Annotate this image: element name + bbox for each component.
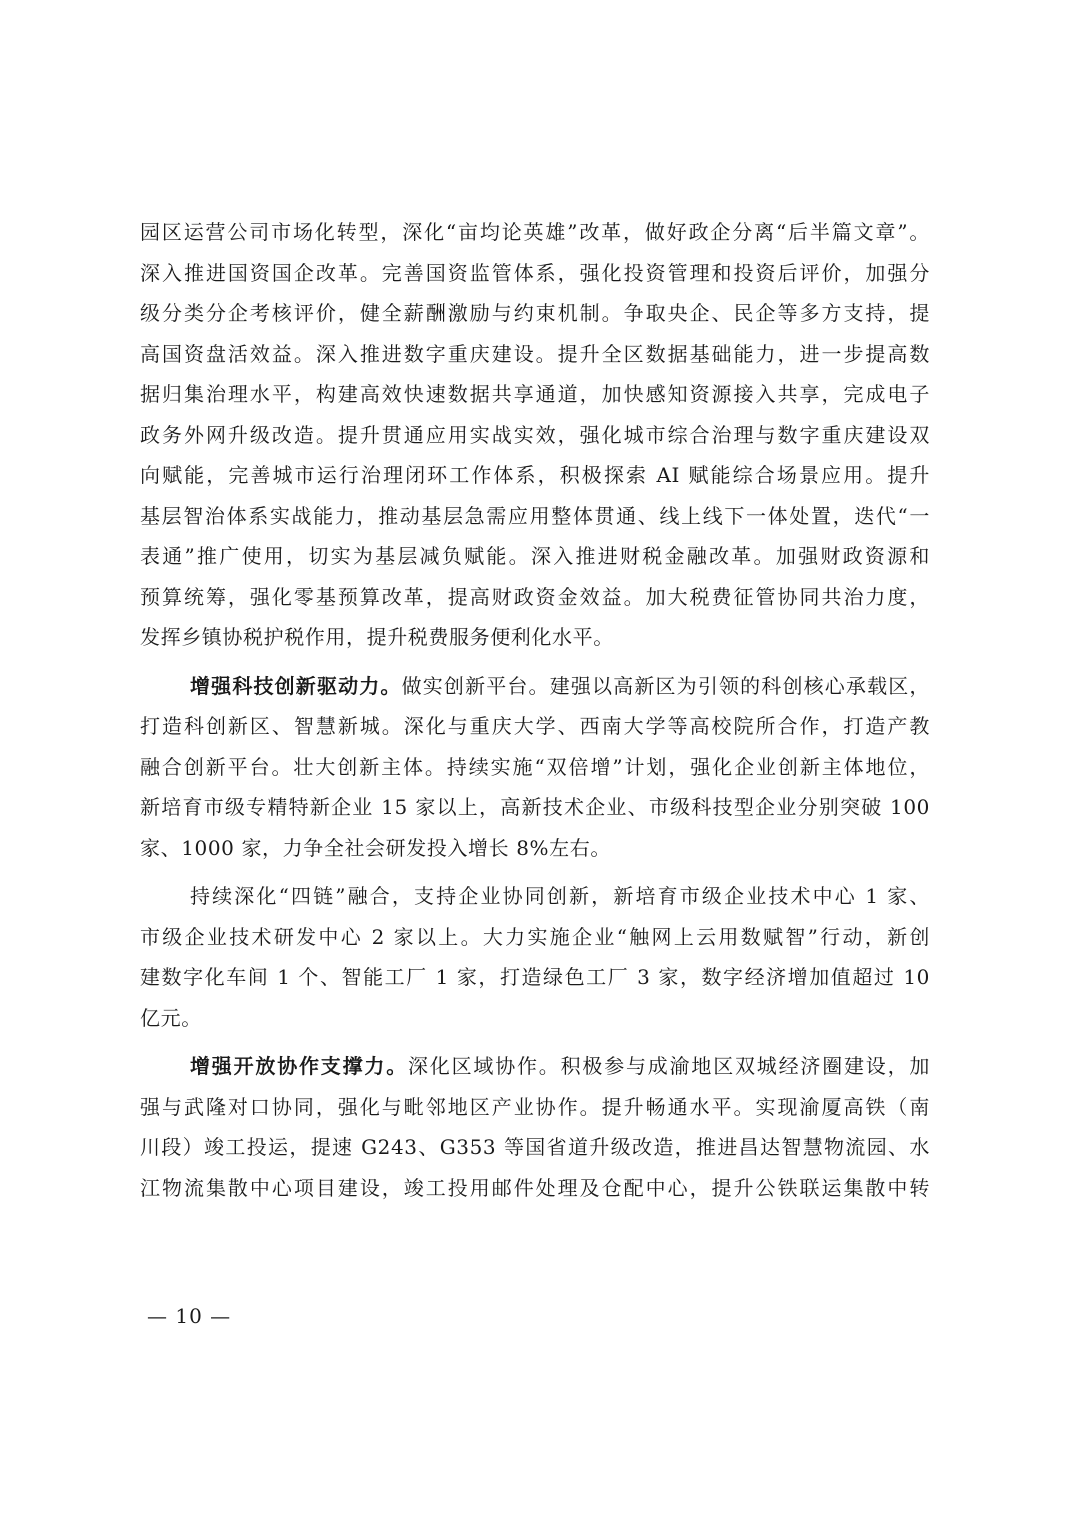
text-line: 基层智治体系实战能力，推动基层急需应用整体贯通、线上线下一体处置，迭代“一 xyxy=(140,496,930,537)
text-line: 深入推进国资国企改革。完善国资监管体系，强化投资管理和投资后评价，加强分 xyxy=(140,253,930,294)
text-line: 家、1000 家，力争全社会研发投入增长 8%左右。 xyxy=(140,828,930,869)
text-line: 向赋能，完善城市运行治理闭环工作体系，积极探索 AI 赋能综合场景应用。提升 xyxy=(140,455,930,496)
body-text: 园区运营公司市场化转型，深化“亩均论英雄”改革，做好政企分离“后半篇文章”。 深… xyxy=(140,212,930,1208)
text-line: 据归集治理水平，构建高效快速数据共享通道，加快感知资源接入共享，完成电子 xyxy=(140,374,930,415)
document-page: 园区运营公司市场化转型，深化“亩均论英雄”改革，做好政企分离“后半篇文章”。 深… xyxy=(0,0,1074,1520)
text-line: 表通”推广使用，切实为基层减负赋能。深入推进财税金融改革。加强财政资源和 xyxy=(140,536,930,577)
text-line: 市级企业技术研发中心 2 家以上。大力实施企业“触网上云用数赋智”行动，新创 xyxy=(140,917,930,958)
heading-followup-text: 做实创新平台。建强以高新区为引领的科创核心承载区， xyxy=(402,674,930,698)
section-heading: 增强科技创新驱动力。 xyxy=(190,674,402,698)
text-line: 川段）竣工投运，提速 G243、G353 等国省道升级改造，推进昌达智慧物流园、… xyxy=(140,1127,930,1168)
paragraph-four-chains: 持续深化“四链”融合，支持企业协同创新，新培育市级企业技术中心 1 家、 市级企… xyxy=(140,876,930,1038)
text-line: 亿元。 xyxy=(140,998,930,1039)
text-line: 增强科技创新驱动力。做实创新平台。建强以高新区为引领的科创核心承载区， xyxy=(140,666,930,707)
text-line: 融合创新平台。壮大创新主体。持续实施“双倍增”计划，强化企业创新主体地位， xyxy=(140,747,930,788)
text-line: 发挥乡镇协税护税作用，提升税费服务便利化水平。 xyxy=(140,617,930,658)
text-line: 政务外网升级改造。提升贯通应用实战实效，强化城市综合治理与数字重庆建设双 xyxy=(140,415,930,456)
paragraph-gap xyxy=(140,868,930,876)
paragraph-tech-innovation: 增强科技创新驱动力。做实创新平台。建强以高新区为引领的科创核心承载区， 打造科创… xyxy=(140,666,930,869)
heading-followup-text: 深化区域协作。积极参与成渝地区双城经济圈建设，加 xyxy=(408,1054,930,1078)
text-line: 级分类分企考核评价，健全薪酬激励与约束机制。争取央企、民企等多方支持，提 xyxy=(140,293,930,334)
page-number: — 10 — xyxy=(147,1304,231,1328)
text-line: 强与武隆对口协同，强化与毗邻地区产业协作。提升畅通水平。实现渝厦高铁（南 xyxy=(140,1087,930,1128)
paragraph-open-cooperation: 增强开放协作支撑力。深化区域协作。积极参与成渝地区双城经济圈建设，加 强与武隆对… xyxy=(140,1046,930,1208)
section-heading: 增强开放协作支撑力。 xyxy=(190,1054,408,1078)
text-line: 增强开放协作支撑力。深化区域协作。积极参与成渝地区双城经济圈建设，加 xyxy=(140,1046,930,1087)
paragraph-gap xyxy=(140,1038,930,1046)
text-line: 高国资盘活效益。深入推进数字重庆建设。提升全区数据基础能力，进一步提高数 xyxy=(140,334,930,375)
text-line: 持续深化“四链”融合，支持企业协同创新，新培育市级企业技术中心 1 家、 xyxy=(140,876,930,917)
text-line: 建数字化车间 1 个、智能工厂 1 家，打造绿色工厂 3 家，数字经济增加值超过… xyxy=(140,957,930,998)
paragraph-reform: 园区运营公司市场化转型，深化“亩均论英雄”改革，做好政企分离“后半篇文章”。 深… xyxy=(140,212,930,658)
text-line: 江物流集散中心项目建设，竣工投用邮件处理及仓配中心，提升公铁联运集散中转 xyxy=(140,1168,930,1209)
text-line: 预算统筹，强化零基预算改革，提高财政资金效益。加大税费征管协同共治力度， xyxy=(140,577,930,618)
paragraph-gap xyxy=(140,658,930,666)
text-line: 打造科创新区、智慧新城。深化与重庆大学、西南大学等高校院所合作，打造产教 xyxy=(140,706,930,747)
text-line: 园区运营公司市场化转型，深化“亩均论英雄”改革，做好政企分离“后半篇文章”。 xyxy=(140,212,930,253)
text-line: 新培育市级专精特新企业 15 家以上，高新技术企业、市级科技型企业分别突破 10… xyxy=(140,787,930,828)
